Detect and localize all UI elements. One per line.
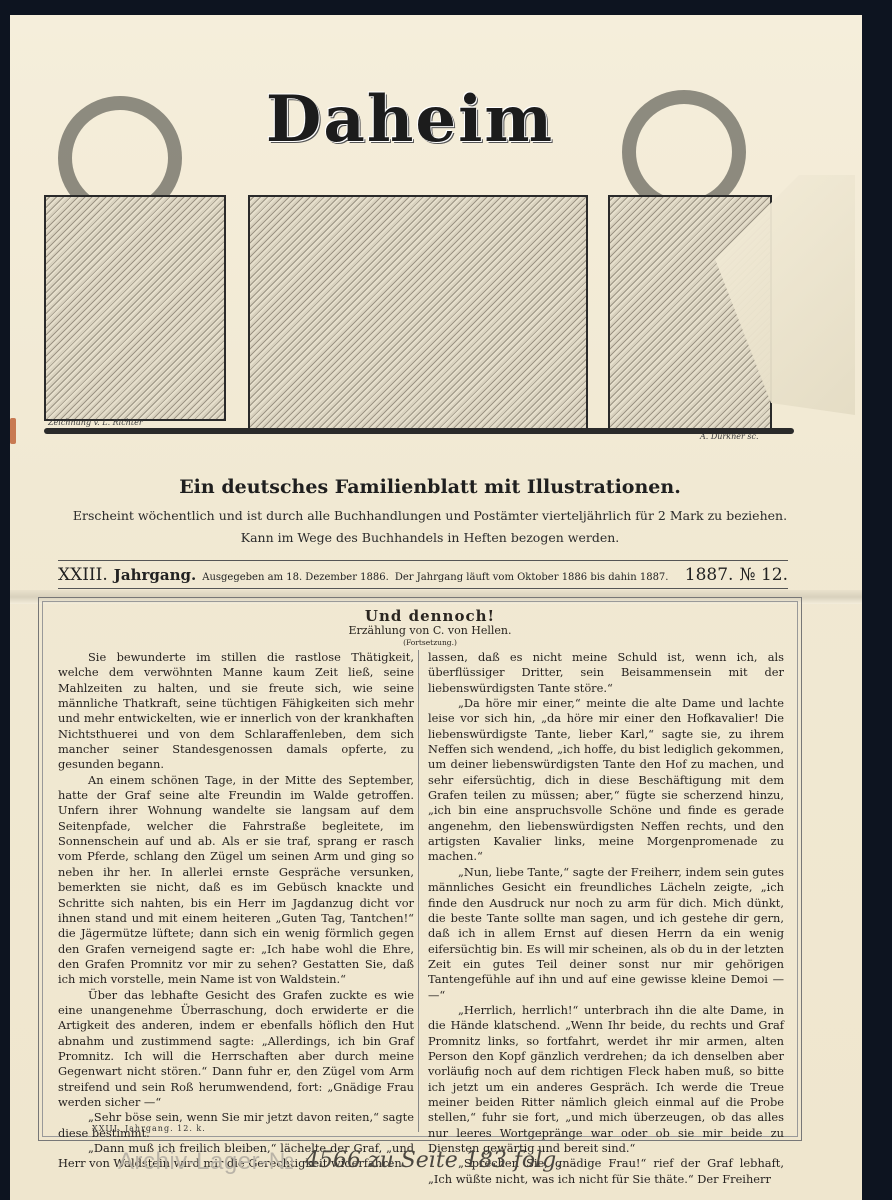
- handwritten-note: 4566 zu Seite 183 folg.: [305, 1148, 563, 1173]
- center-family-illustration: [248, 195, 588, 434]
- left-vignette-illustration: [44, 195, 226, 421]
- header-rule-bottom: [58, 588, 788, 589]
- story-author: Erzählung von C. von Hellen.: [40, 624, 820, 637]
- paragraph: „Nun, liebe Tante,“ sagte der Freiherr, …: [428, 865, 784, 1003]
- binding-clip: [10, 418, 16, 444]
- illustrator-signature: Zeichnung v. L. Richter: [48, 418, 143, 427]
- paragraph: An einem schönen Tage, in der Mitte des …: [58, 773, 414, 988]
- issue-date: Ausgegeben am 18. Dezember 1886.: [202, 572, 389, 583]
- archive-stamp: Archiv-Lager-№: [118, 1148, 295, 1176]
- paragraph: Über das lebhafte Gesicht des Grafen zuc…: [58, 988, 414, 1111]
- paragraph: „Da höre mir einer,“ meinte die alte Dam…: [428, 696, 784, 865]
- subtitle: Ein deutsches Familienblatt mit Illustra…: [40, 476, 820, 498]
- right-column: lassen, daß es nicht meine Schuld ist, w…: [428, 650, 784, 1187]
- publication-info-line-2: Kann im Wege des Buchhandels in Heften b…: [40, 530, 820, 545]
- story-continuation-note: (Fortsetzung.): [40, 638, 820, 647]
- column-divider: [418, 650, 419, 1132]
- issue-number: № 12.: [739, 565, 788, 585]
- issue-year: 1887.: [685, 565, 734, 585]
- volume-number: XXIII.: [58, 565, 108, 585]
- paragraph: Sie bewunderte im stillen die rastlose T…: [58, 650, 414, 773]
- volume-range: Der Jahrgang läuft vom Oktober 1886 bis …: [395, 572, 669, 583]
- publication-info-line-1: Erscheint wöchentlich und ist durch alle…: [40, 508, 820, 523]
- issue-line: XXIII. Jahrgang. Ausgegeben am 18. Dezem…: [58, 565, 788, 585]
- header-rule-top: [58, 560, 788, 561]
- masthead-title: Daheim: [230, 82, 590, 157]
- story-title: Und dennoch!: [40, 607, 820, 625]
- ornamental-border: [44, 428, 794, 434]
- volume-label: Jahrgang.: [114, 566, 196, 584]
- signature-mark: XXIII. Jahrgang. 12. k.: [92, 1124, 206, 1133]
- left-column: Sie bewunderte im stillen die rastlose T…: [58, 650, 414, 1172]
- paragraph: „Herrlich, herrlich!“ unterbrach ihn die…: [428, 1003, 784, 1156]
- paragraph: lassen, daß es nicht meine Schuld ist, w…: [428, 650, 784, 696]
